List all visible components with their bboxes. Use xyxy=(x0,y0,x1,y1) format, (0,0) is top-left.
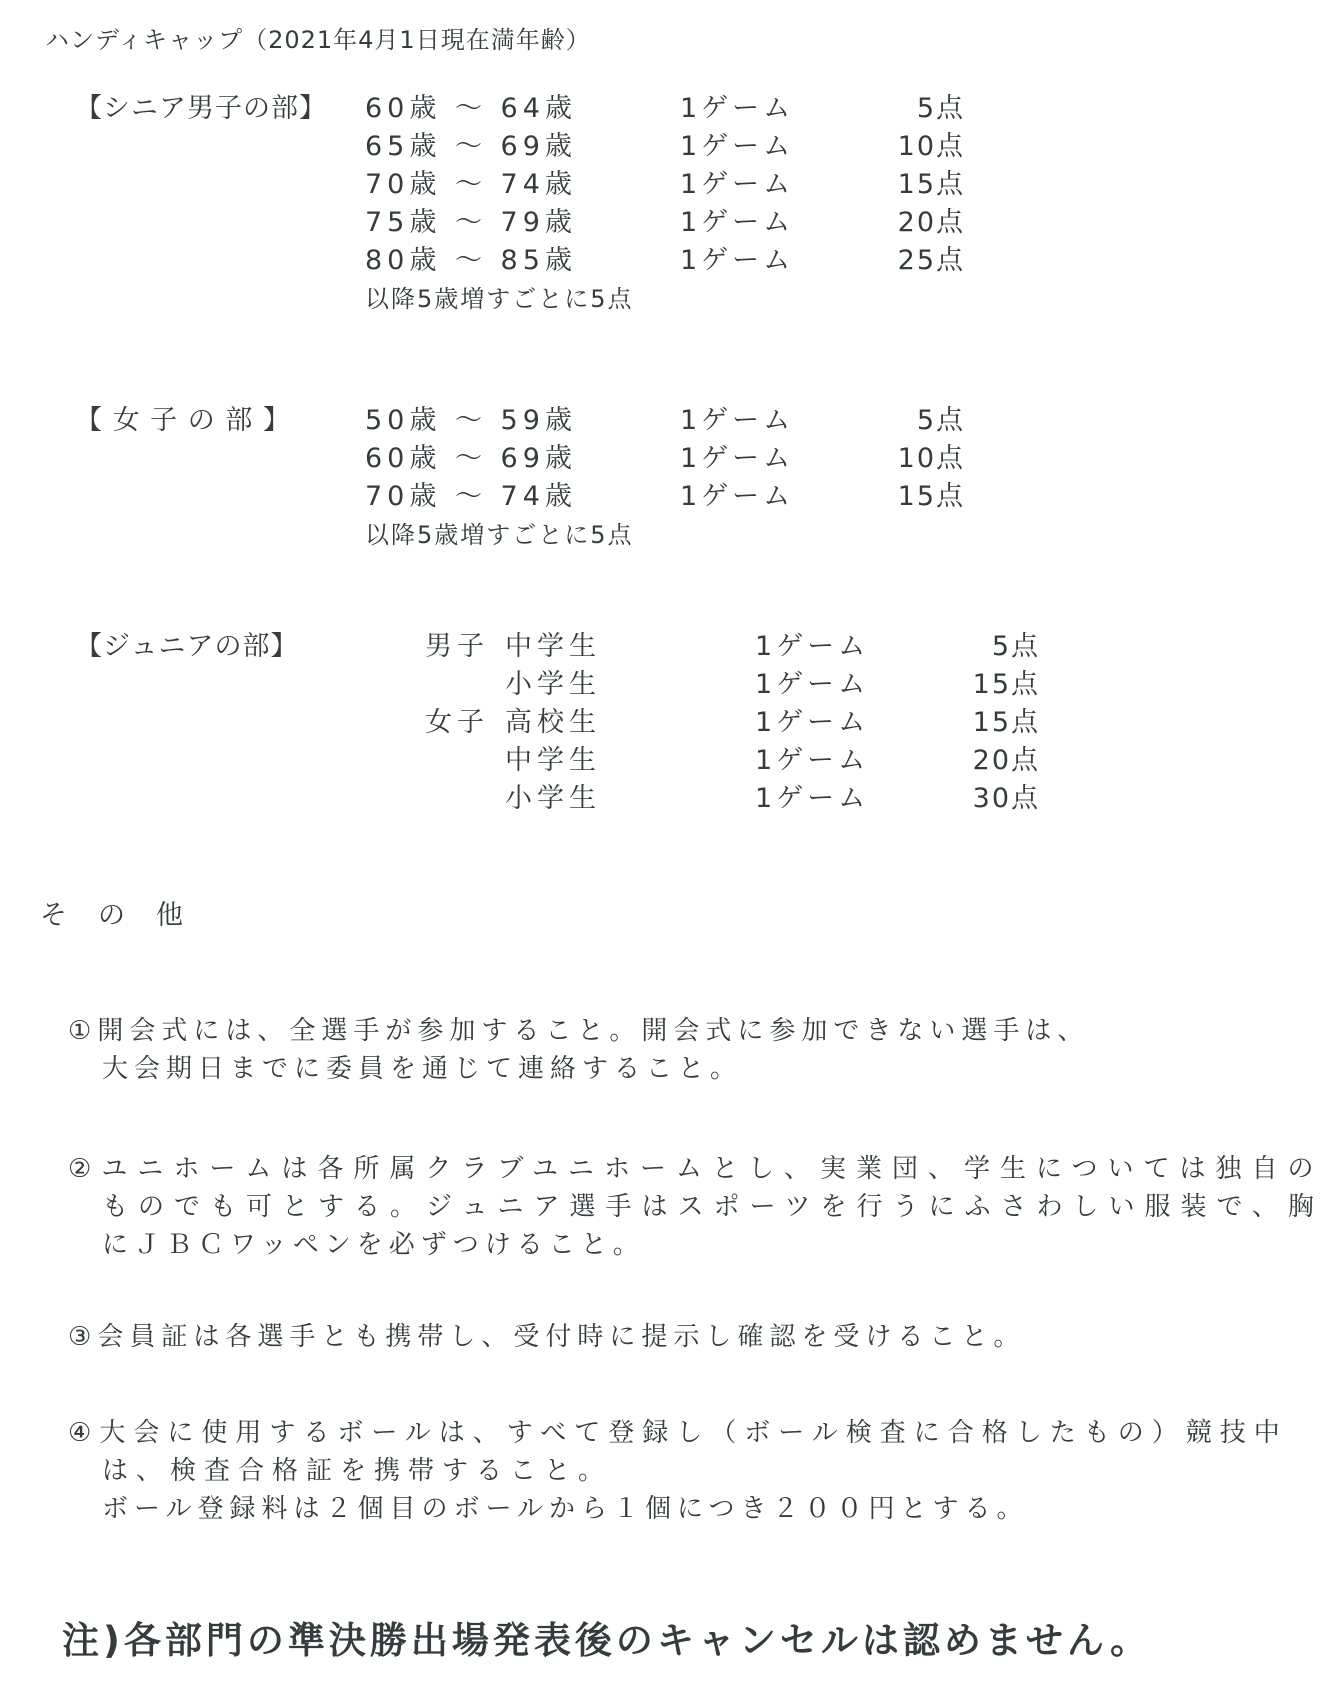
game-cell: 1ゲーム xyxy=(680,204,830,242)
gender-cell xyxy=(425,742,505,780)
points-cell: 25点 xyxy=(830,242,965,280)
category-cell: 高校生 xyxy=(505,704,755,742)
table-row: 中学生 1ゲーム 20点 xyxy=(75,742,1040,780)
points-cell: 10点 xyxy=(830,440,965,478)
footer-note: 注)各部門の準決勝出場発表後のキャンセルは認めません。 xyxy=(62,1610,1151,1664)
points-cell: 5点 xyxy=(830,90,965,128)
gender-cell: 女子 xyxy=(425,704,505,742)
section-label: 【シニア男子の部】 xyxy=(75,90,365,128)
table-row: 小学生 1ゲーム 15点 xyxy=(75,666,1040,704)
points-cell: 15点 xyxy=(830,478,965,516)
item-number: ③ xyxy=(68,1322,97,1352)
gender-cell xyxy=(425,666,505,704)
item-line: 大会期日までに委員を通じて連絡すること。 xyxy=(102,1050,1089,1088)
age-range-cell: 70歳 ～ 74歳 xyxy=(365,478,680,516)
points-cell: 5点 xyxy=(830,402,965,440)
game-cell: 1ゲーム xyxy=(680,90,830,128)
age-range-cell: 65歳 ～ 69歳 xyxy=(365,128,680,166)
women-section: 【 女 子 の 部 】 50歳 ～ 59歳 1ゲーム 5点 60歳 ～ 69歳 … xyxy=(75,402,965,554)
points-cell: 30点 xyxy=(905,780,1040,818)
item-number: ④ xyxy=(68,1418,99,1448)
item-line: にＪＢＣワッペンを必ずつけること。 xyxy=(102,1226,1324,1264)
points-cell: 15点 xyxy=(830,166,965,204)
section-label: 【 女 子 の 部 】 xyxy=(75,402,365,440)
item-line: ボール登録料は２個目のボールから１個につき２００円とする。 xyxy=(102,1490,1288,1528)
item-line: ②ユニホームは各所属クラブユニホームとし、実業団、学生については独自の xyxy=(68,1150,1324,1188)
age-range-cell: 60歳 ～ 69歳 xyxy=(365,440,680,478)
table-row: 70歳 ～ 74歳 1ゲーム 15点 xyxy=(75,166,965,204)
section-label: 【ジュニアの部】 xyxy=(75,628,425,666)
table-row: 【 女 子 の 部 】 50歳 ～ 59歳 1ゲーム 5点 xyxy=(75,402,965,440)
gender-cell xyxy=(425,780,505,818)
table-row: 70歳 ～ 74歳 1ゲーム 15点 xyxy=(75,478,965,516)
table-row: 75歳 ～ 79歳 1ゲーム 20点 xyxy=(75,204,965,242)
item-line: ものでも可とする。ジュニア選手はスポーツを行うにふさわしい服装で、胸 xyxy=(102,1188,1324,1226)
points-cell: 15点 xyxy=(905,666,1040,704)
item-number: ① xyxy=(68,1016,97,1046)
age-range-cell: 75歳 ～ 79歳 xyxy=(365,204,680,242)
table-row: 65歳 ～ 69歳 1ゲーム 10点 xyxy=(75,128,965,166)
age-range-cell: 80歳 ～ 85歳 xyxy=(365,242,680,280)
points-cell: 20点 xyxy=(905,742,1040,780)
game-cell: 1ゲーム xyxy=(755,780,905,818)
game-cell: 1ゲーム xyxy=(755,704,905,742)
game-cell: 1ゲーム xyxy=(680,440,830,478)
game-cell: 1ゲーム xyxy=(755,628,905,666)
item-line: ③会員証は各選手とも携帯し、受付時に提示し確認を受けること。 xyxy=(68,1318,1025,1356)
note-item-4: ④大会に使用するボールは、すべて登録し（ボール検査に合格したもの）競技中 は、検… xyxy=(68,1414,1288,1528)
game-cell: 1ゲーム xyxy=(755,742,905,780)
item-line: ④大会に使用するボールは、すべて登録し（ボール検査に合格したもの）競技中 xyxy=(68,1414,1288,1452)
junior-section: 【ジュニアの部】 男子 中学生 1ゲーム 5点 小学生 1ゲーム 15点 女子 … xyxy=(75,628,1040,818)
table-row: 80歳 ～ 85歳 1ゲーム 25点 xyxy=(75,242,965,280)
table-row: 60歳 ～ 69歳 1ゲーム 10点 xyxy=(75,440,965,478)
section-note: 以降5歳増すごとに5点 xyxy=(365,516,965,554)
gender-cell: 男子 xyxy=(425,628,505,666)
category-cell: 中学生 xyxy=(505,628,755,666)
category-cell: 小学生 xyxy=(505,666,755,704)
item-number: ② xyxy=(68,1154,101,1184)
table-row: 女子 高校生 1ゲーム 15点 xyxy=(75,704,1040,742)
game-cell: 1ゲーム xyxy=(680,402,830,440)
scanned-document-page: ハンディキャップ（2021年4月1日現在満年齢） 【シニア男子の部】 60歳 ～… xyxy=(0,0,1328,1708)
age-range-cell: 50歳 ～ 59歳 xyxy=(365,402,680,440)
age-range-cell: 70歳 ～ 74歳 xyxy=(365,166,680,204)
note-item-1: ①開会式には、全選手が参加すること。開会式に参加できない選手は、 大会期日までに… xyxy=(68,1012,1089,1088)
senior-men-section: 【シニア男子の部】 60歳 ～ 64歳 1ゲーム 5点 65歳 ～ 69歳 1ゲ… xyxy=(75,90,965,318)
note-item-3: ③会員証は各選手とも携帯し、受付時に提示し確認を受けること。 xyxy=(68,1318,1025,1356)
category-cell: 中学生 xyxy=(505,742,755,780)
category-cell: 小学生 xyxy=(505,780,755,818)
age-range-cell: 60歳 ～ 64歳 xyxy=(365,90,680,128)
table-row: 【ジュニアの部】 男子 中学生 1ゲーム 5点 xyxy=(75,628,1040,666)
item-line: は、検査合格証を携帯すること。 xyxy=(102,1452,1288,1490)
table-row: 【シニア男子の部】 60歳 ～ 64歳 1ゲーム 5点 xyxy=(75,90,965,128)
game-cell: 1ゲーム xyxy=(755,666,905,704)
points-cell: 20点 xyxy=(830,204,965,242)
points-cell: 10点 xyxy=(830,128,965,166)
game-cell: 1ゲーム xyxy=(680,478,830,516)
page-title: ハンディキャップ（2021年4月1日現在満年齢） xyxy=(45,20,591,55)
game-cell: 1ゲーム xyxy=(680,242,830,280)
others-heading: そ の 他 xyxy=(40,893,185,932)
points-cell: 5点 xyxy=(905,628,1040,666)
section-note: 以降5歳増すごとに5点 xyxy=(365,280,965,318)
game-cell: 1ゲーム xyxy=(680,128,830,166)
game-cell: 1ゲーム xyxy=(680,166,830,204)
table-row: 小学生 1ゲーム 30点 xyxy=(75,780,1040,818)
note-item-2: ②ユニホームは各所属クラブユニホームとし、実業団、学生については独自の ものでも… xyxy=(68,1150,1324,1264)
points-cell: 15点 xyxy=(905,704,1040,742)
item-line: ①開会式には、全選手が参加すること。開会式に参加できない選手は、 xyxy=(68,1012,1089,1050)
